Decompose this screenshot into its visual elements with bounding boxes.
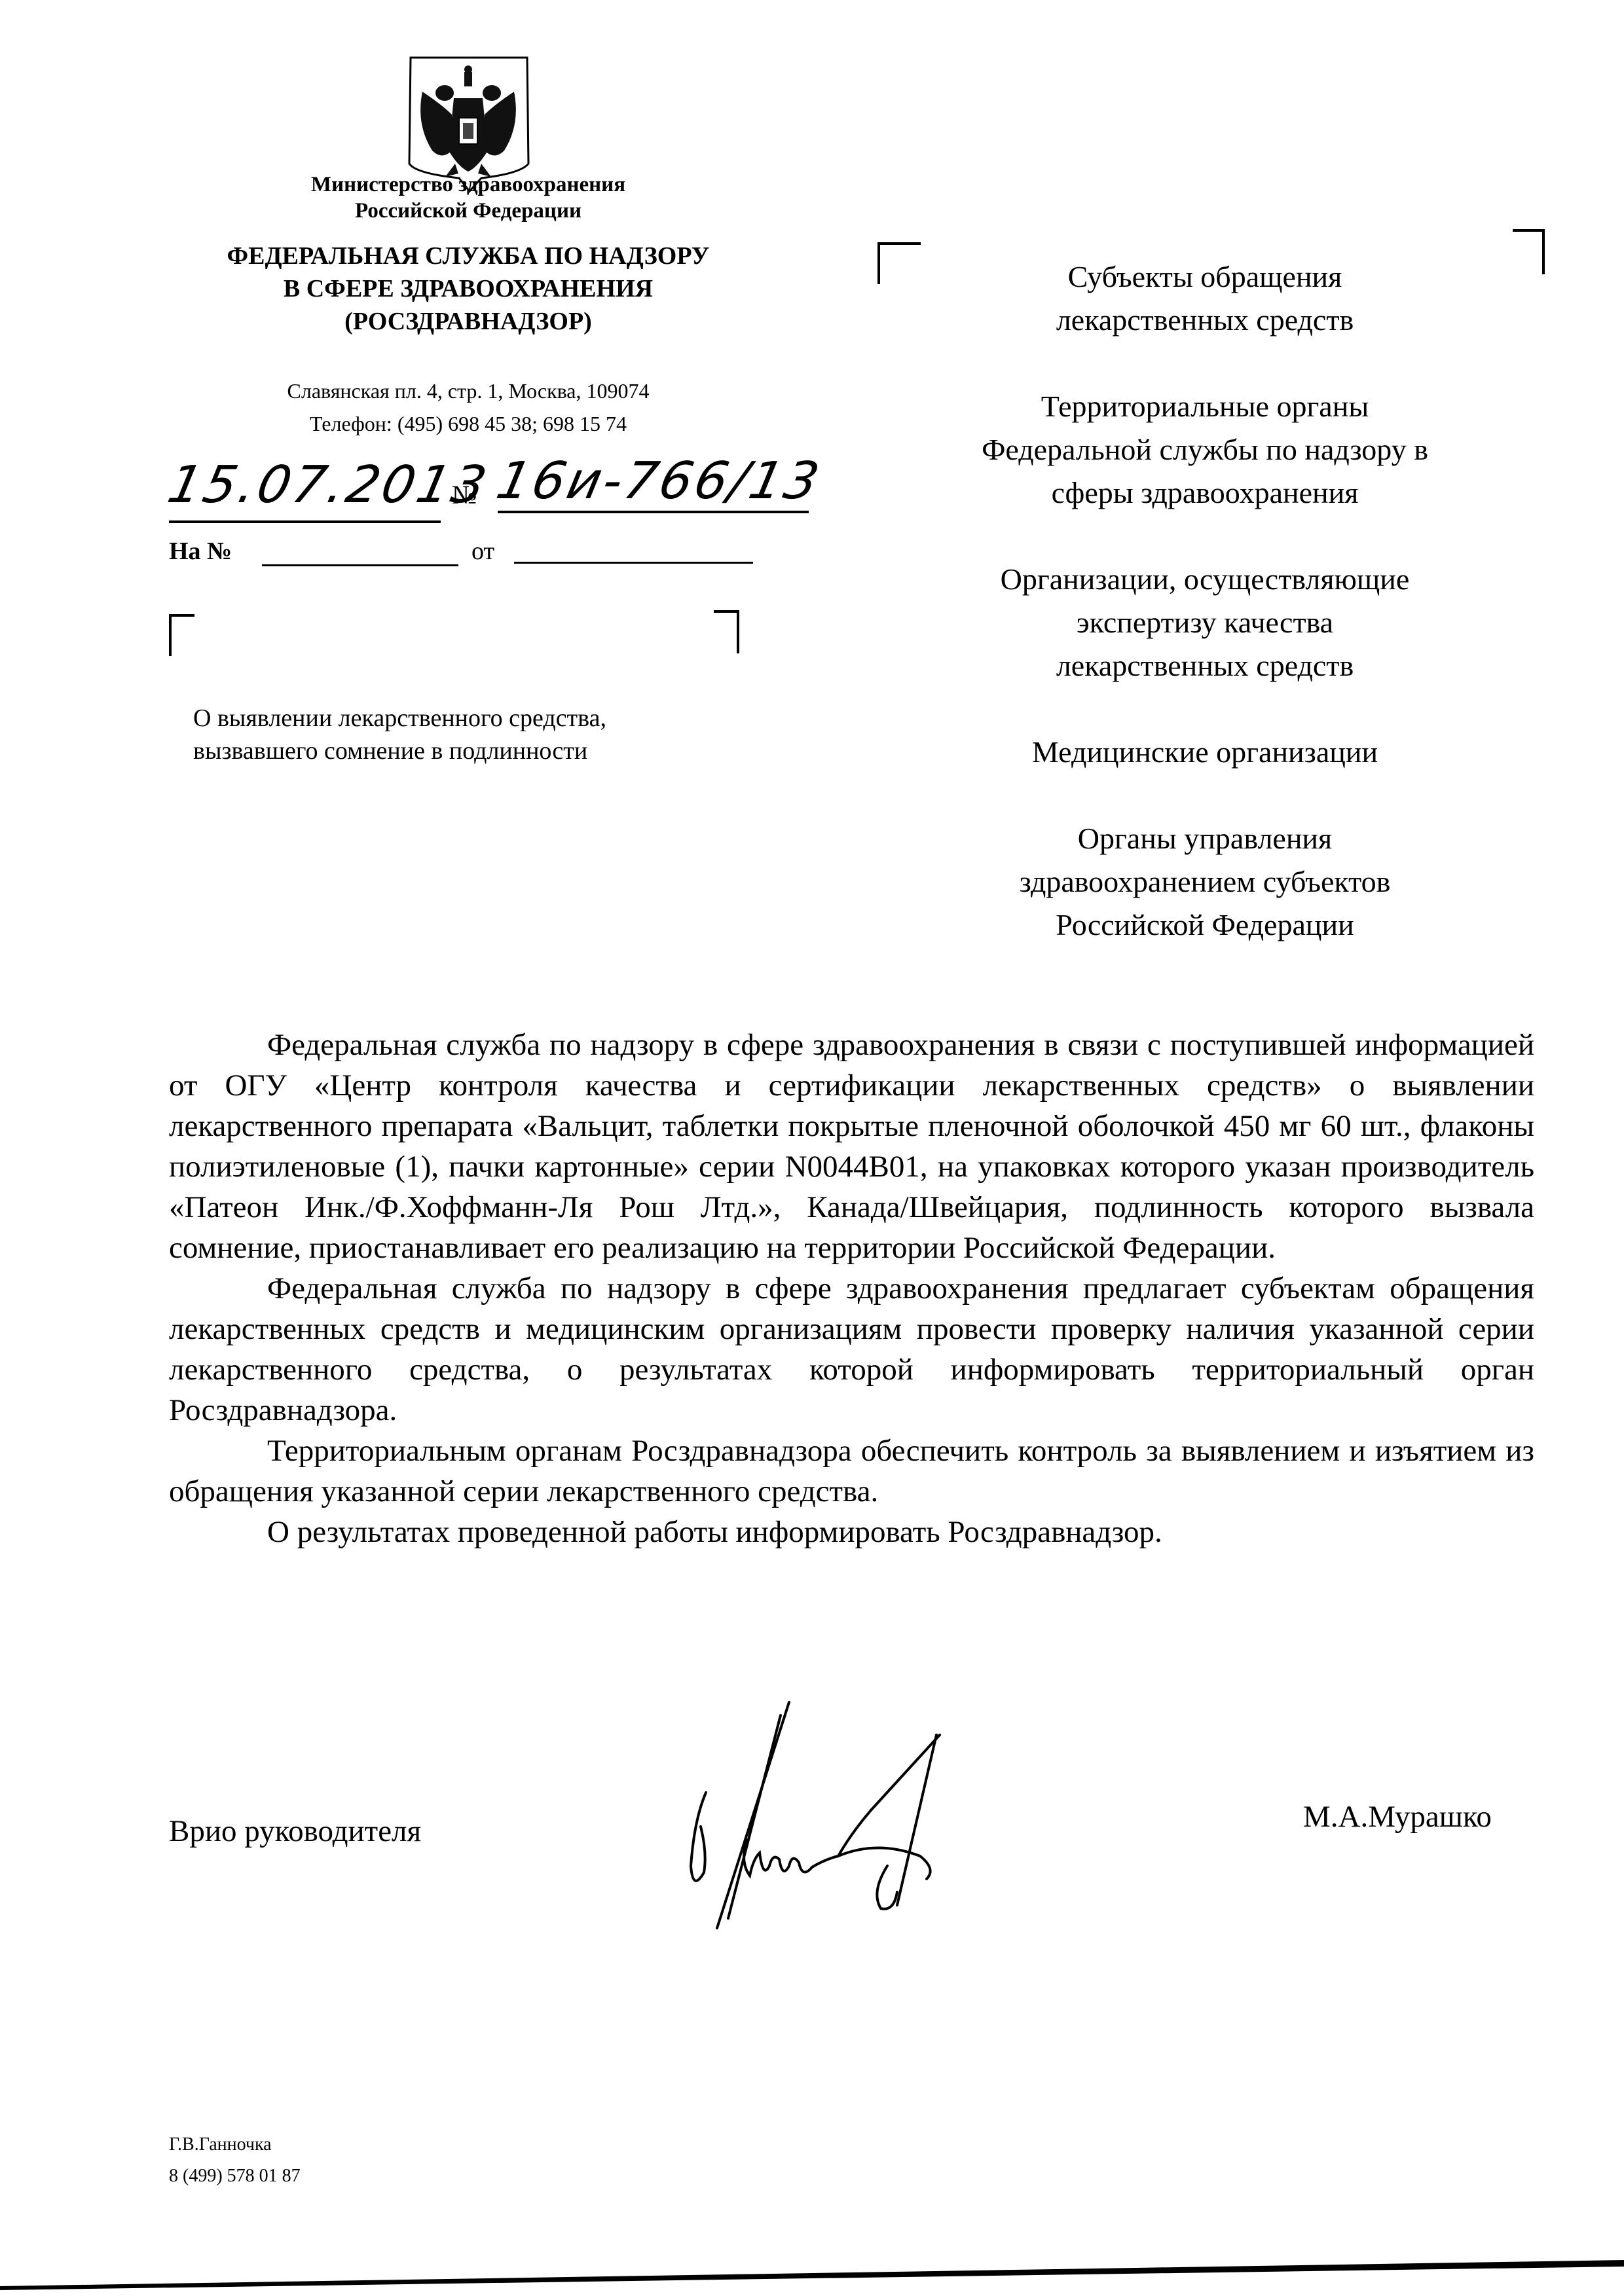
body-paragraph-2: Федеральная служба по надзору в сфере зд… xyxy=(169,1268,1534,1430)
addressee-2: Территориальные органы Федеральной служб… xyxy=(891,385,1519,515)
addressee-1: Субъекты обращения лекарственных средств xyxy=(891,255,1519,342)
addressee-5: Органы управления здравоохранением субъе… xyxy=(891,817,1519,947)
signatory-title: Врио руководителя xyxy=(169,1813,421,1849)
body-paragraph-3: Территориальным органам Росздравнадзора … xyxy=(169,1430,1534,1512)
addressee-list: Субъекты обращения лекарственных средств… xyxy=(891,255,1519,947)
agency-line-2: В СФЕРЕ ЗДРАВООХРАНЕНИЯ xyxy=(131,272,805,305)
letter-body: Федеральная служба по надзору в сфере зд… xyxy=(169,1025,1534,1552)
agency-address: Славянская пл. 4, стр. 1, Москва, 109074 xyxy=(196,374,740,407)
registration-number: 16и-766/13 xyxy=(498,452,821,511)
agency-line-3: (РОСЗДРАВНАДЗОР) xyxy=(131,305,805,338)
signatory-name: М.А.Мурашко xyxy=(1303,1799,1492,1834)
subject-line-1: О выявлении лекарственного средства, xyxy=(193,702,783,735)
reply-to-field xyxy=(262,564,458,566)
reply-to-label: На № xyxy=(169,537,232,566)
registration-number-label: № xyxy=(452,479,477,510)
letter-subject: О выявлении лекарственного средства, выз… xyxy=(193,702,783,767)
ministry-line-2: Российской Федерации xyxy=(196,198,740,224)
addressee-3-line-2: экспертизу качества xyxy=(891,601,1519,644)
agency-line-1: ФЕДЕРАЛЬНАЯ СЛУЖБА ПО НАДЗОРУ xyxy=(131,240,805,272)
subject-line-2: вызвавшего сомнение в подлинности xyxy=(193,735,783,767)
ministry-name: Министерство здравоохранения Российской … xyxy=(196,172,740,224)
addressee-5-line-1: Органы управления xyxy=(891,817,1519,860)
reply-from-field xyxy=(514,562,753,564)
agency-contacts: Славянская пл. 4, стр. 1, Москва, 109074… xyxy=(196,374,740,440)
registration-number-underline xyxy=(498,511,809,513)
addressee-2-line-3: сферы здравоохранения xyxy=(891,471,1519,515)
executor-name: Г.В.Ганночка xyxy=(169,2129,301,2160)
subject-bracket-right xyxy=(714,610,739,653)
addressee-2-line-2: Федеральной службы по надзору в xyxy=(891,428,1519,471)
addressee-5-line-3: Российской Федерации xyxy=(891,903,1519,947)
reply-from-label: от xyxy=(471,537,494,566)
ministry-line-1: Министерство здравоохранения xyxy=(196,172,740,198)
agency-name: ФЕДЕРАЛЬНАЯ СЛУЖБА ПО НАДЗОРУ В СФЕРЕ ЗД… xyxy=(131,240,805,338)
registration-date-value: 15.07.2013 xyxy=(162,456,494,515)
addressee-3-line-1: Организации, осуществляющие xyxy=(891,558,1519,601)
executor-phone: 8 (499) 578 01 87 xyxy=(169,2160,301,2192)
addressee-2-line-1: Территориальные органы xyxy=(891,385,1519,428)
addressee-3-line-3: лекарственных средств xyxy=(891,644,1519,687)
body-paragraph-1: Федеральная служба по надзору в сфере зд… xyxy=(169,1025,1534,1268)
registration-number-value: 16и-766/13 xyxy=(491,452,826,511)
body-paragraph-4: О результатах проведенной работы информи… xyxy=(169,1512,1534,1552)
registration-date-underline xyxy=(169,520,441,523)
addressee-5-line-2: здравоохранением субъектов xyxy=(891,860,1519,903)
addressee-1-line-1: Субъекты обращения xyxy=(891,255,1519,299)
agency-phone: Телефон: (495) 698 45 38; 698 15 74 xyxy=(196,407,740,440)
scan-edge-line xyxy=(0,2252,1624,2291)
handwritten-signature-icon xyxy=(655,1696,956,1931)
addressee-4: Медицинские организации xyxy=(891,731,1519,774)
addressee-3: Организации, осуществляющие экспертизу к… xyxy=(891,558,1519,687)
executor-info: Г.В.Ганночка 8 (499) 578 01 87 xyxy=(169,2129,301,2192)
registration-date: 15.07.2013 xyxy=(169,456,488,515)
addressee-1-line-2: лекарственных средств xyxy=(891,299,1519,342)
subject-bracket-left xyxy=(169,614,194,656)
addressee-4-line-1: Медицинские организации xyxy=(891,731,1519,774)
